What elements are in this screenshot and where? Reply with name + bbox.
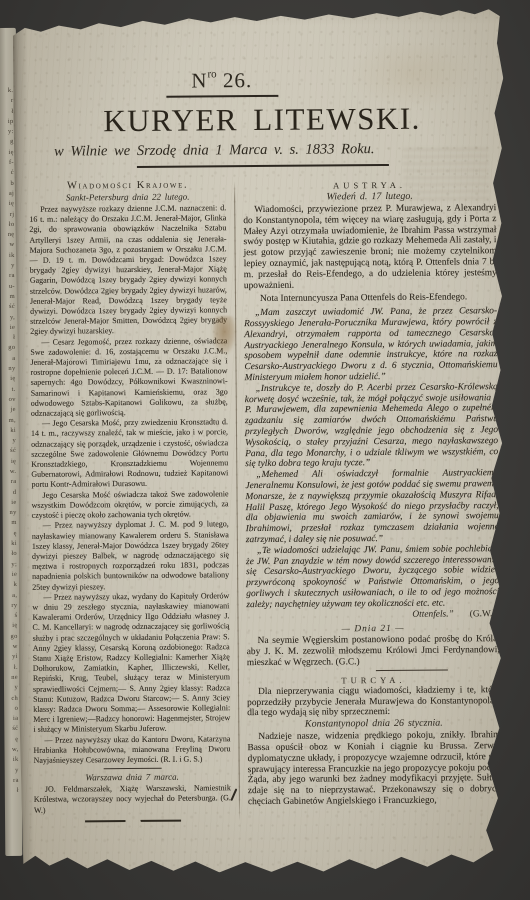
section-heading-turcya: Turcya. xyxy=(247,674,500,686)
nota-heading: Nota Internuncyusza Pana Ottenfels do Re… xyxy=(244,293,497,306)
paper-stain xyxy=(347,38,478,109)
masthead-rule xyxy=(136,164,388,168)
newspaper-scan: k. r ł ip y: g ię f- ć b aj ię rj ło nę … xyxy=(0,0,530,900)
section-rule xyxy=(376,669,448,671)
paragraph: — Przez naywyższy ukaz do Kantoru Dworu,… xyxy=(33,734,230,766)
section-rule xyxy=(103,768,161,769)
issue-rule xyxy=(166,95,278,98)
columns: Wiadomości Krajowe. Sankt-Petersburg dni… xyxy=(29,177,501,822)
nota-paragraph: „Instrukcye te, doszły do P. Acerbi prze… xyxy=(245,382,499,470)
issue-prefix: N xyxy=(191,68,207,92)
ink-showthrough xyxy=(403,148,489,201)
signature-name: Ottenfels.” xyxy=(412,610,453,620)
paragraph: Nadzieje nasze, widzenia prędkiego pokoj… xyxy=(247,730,501,808)
nota-paragraph: „Mam zaszczyt uwiadomić JW. Pana, że prz… xyxy=(244,306,498,384)
left-column: Wiadomości Krajowe. Sankt-Petersburg dni… xyxy=(29,179,231,822)
nota-paragraph: „Mehemed Ali oświadczył formalnie Austry… xyxy=(245,468,499,546)
masthead-dateline: w Wilnie we Srzodę dnia 1 Marca v. s. 18… xyxy=(0,141,448,162)
paper-stain xyxy=(212,316,236,354)
nota-paragraph: „Te wiadomości udzielając JW. Panu, śmie… xyxy=(246,544,500,611)
paragraph: Na seymie Węgierskim postanowiono podać … xyxy=(247,635,500,669)
section-heading-wiadomosci-krajowe: Wiadomości Krajowe. xyxy=(29,179,226,192)
dateline-warszawa: Warszawa dnia 7 marca. xyxy=(34,771,231,783)
newspaper-page: Nro 26. KURYER LITEWSKI. w Wilnie we Srz… xyxy=(0,0,530,900)
dateline-konstantynopol: Konstantynopol dnia 26 stycznia. xyxy=(247,717,500,730)
paragraph: Dla nieprzerywania ciągu wiadomości, kła… xyxy=(247,685,500,719)
issue-value: 26. xyxy=(223,68,252,92)
dateline-petersburg: Sankt-Petersburg dnia 22 lutego. xyxy=(29,191,226,203)
issue-superscript: ro xyxy=(207,68,216,80)
column-divider xyxy=(234,181,240,821)
signature-source: (G.W.) xyxy=(470,610,496,620)
paragraph: Wiadomości, przywiezione przez P. Murawj… xyxy=(243,203,497,291)
paragraph: — Jego Cesarska Mość, przy zwiedzeniu Kr… xyxy=(31,418,229,491)
section-end-rule xyxy=(85,819,181,822)
paragraph: — Przez naywyższy ukaz, wydany do Kapitu… xyxy=(32,591,230,735)
right-column: Austrya. Wiedeń d. 17 lutego. Wiadomości… xyxy=(243,177,501,808)
paragraph: — Przez naywyższy dyplomat J. C. M. pod … xyxy=(32,520,230,593)
screenshot-root: { "masthead": { "issue_prefix": "N", "is… xyxy=(0,0,530,900)
paragraph: Jego Cesarska Mość oświadcza takoż Swe z… xyxy=(31,489,228,521)
paragraph: JO. Feldmarszałek, Xiążę Warszawski, Nam… xyxy=(34,783,231,815)
signature-line: Ottenfels.” (G.W.) xyxy=(246,610,499,622)
paragraph: — Cesarz Jegomość, przez rozkazy dzienne… xyxy=(30,336,228,419)
paragraph: Przez naywyższe rozkazy dzienne J.C.M. n… xyxy=(29,203,227,337)
